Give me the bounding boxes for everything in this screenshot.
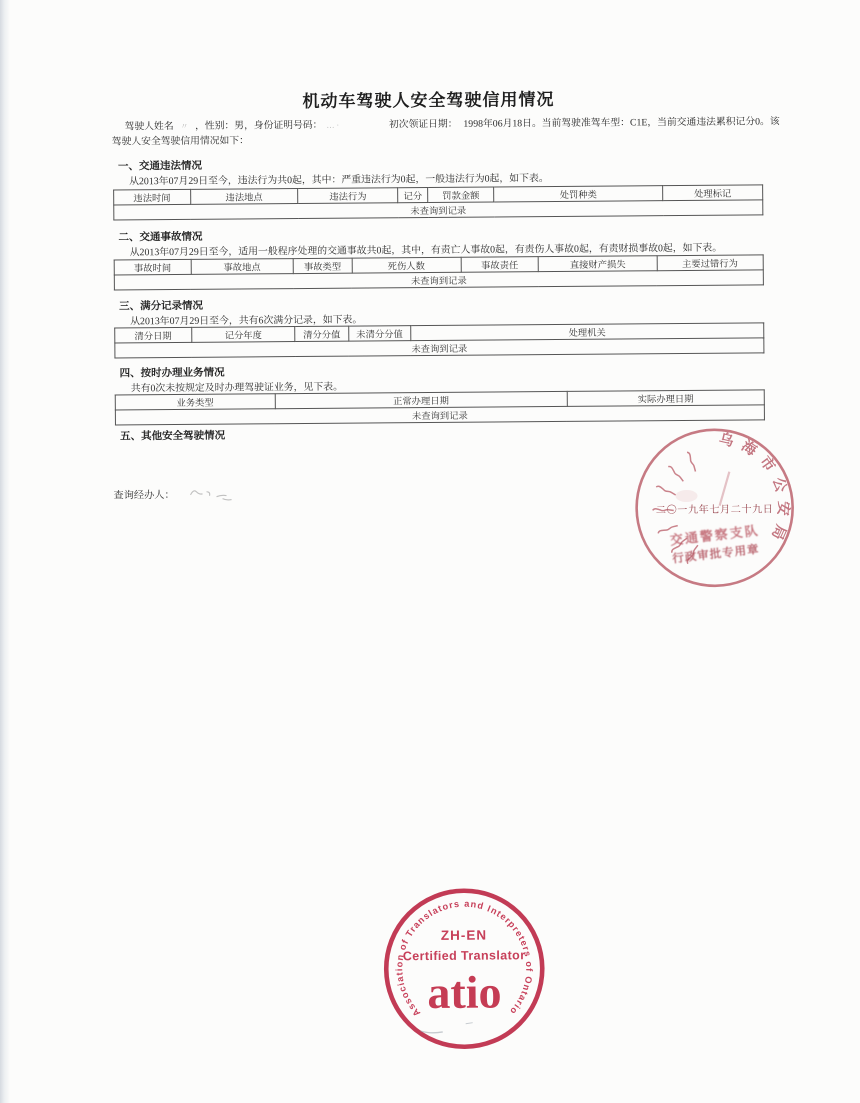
violation-table: 违法时间 违法地点 违法行为 记分 罚款金额 处罚种类 处理标记 未查询到记录 [113,184,763,220]
accident-table: 事故时间 事故地点 事故类型 死伤人数 事故责任 直接财产损失 主要过错行为 未… [114,254,764,290]
col-property-loss: 直接财产损失 [539,256,657,272]
col-accident-type: 事故类型 [293,258,352,273]
name-redaction: 〃 [174,119,196,134]
operator-signature [183,484,253,503]
stamp-unit-line: 交通警察支队 [669,523,760,548]
page-title: 机动车驾驶人安全驾驶信用情况 [0,83,859,115]
full-points-table: 清分日期 记分年度 清分分值 未清分分值 处理机关 未查询到记录 [114,322,764,358]
section-1-heading: 一、交通违法情况 [118,158,202,174]
section-3-heading: 三、满分记录情况 [119,298,203,314]
id-redaction: …· [322,117,389,133]
col-uncleared-points: 未清分分值 [348,326,410,341]
col-actual-date: 实际办理日期 [567,390,764,407]
col-casualties: 死伤人数 [352,257,461,273]
col-violation-act: 违法行为 [298,188,398,204]
atio-logo-text: atio [427,966,502,1018]
intro-paragraph: 驾驶人姓名 〃 ，性别：男，身份证明号码： …· 初次领证日期： 1998年06… [112,114,780,149]
col-accident-place: 事故地点 [191,259,294,275]
section-5-heading: 五、其他安全驾驶情况 [120,428,225,444]
operator-line: 查询经办人： [113,482,252,503]
col-penalty-type: 处罚种类 [494,186,663,202]
first-license-label: 初次领证日期： [389,117,458,133]
col-points: 记分 [398,188,428,203]
col-score-year: 记分年度 [191,327,295,343]
atio-language-pair: ZH-EN [441,928,487,943]
col-fine-amount: 罚款金额 [428,187,494,203]
col-handling-mark: 处理标记 [663,185,763,201]
col-main-fault: 主要过错行为 [657,255,764,271]
col-accident-liability: 事故责任 [461,257,539,273]
section-4-heading: 四、按时办理业务情况 [120,365,225,381]
col-clear-date: 清分日期 [115,327,192,343]
col-violation-time: 违法时间 [114,189,191,205]
col-business-type: 业务类型 [115,394,275,410]
col-accident-time: 事故时间 [114,259,191,275]
scanned-document: 机动车驾驶人安全驾驶信用情况 驾驶人姓名 〃 ，性别：男，身份证明号码： …· … [0,0,860,1103]
atio-stamp: Association of Translators and Interpret… [381,883,550,1056]
driver-name-label: 驾驶人姓名 [125,119,174,134]
business-table: 业务类型 正常办理日期 实际办理日期 未查询到记录 [115,389,765,425]
section-2-heading: 二、交通事故情况 [118,229,202,245]
col-violation-place: 违法地点 [190,189,298,205]
stamp-center-mark [719,472,729,506]
pencil-marks [421,1023,473,1033]
section-1-desc: 从2013年07月29日至今，违法行为共0起，其中：严重违法行为0起，一般违法行… [129,170,549,187]
stamp-date: 二〇一九年七月二十九日 [656,502,774,516]
police-stamp: 乌海市公安局 二〇一九年七月二十九日 交通警察支队 行政审批专用章 [628,421,807,596]
atio-certified-label: Certified Translator [403,948,526,963]
operator-label: 查询经办人： [113,486,174,501]
gender-id-label: ，性别：男，身份证明号码： [195,118,322,134]
col-cleared-points: 清分分值 [295,326,348,341]
stamp-smudge [676,490,698,502]
license-info: 1998年06月18日。当前驾驶准驾车型：C1E，当前交通违法累积记分0。该 [463,114,779,131]
